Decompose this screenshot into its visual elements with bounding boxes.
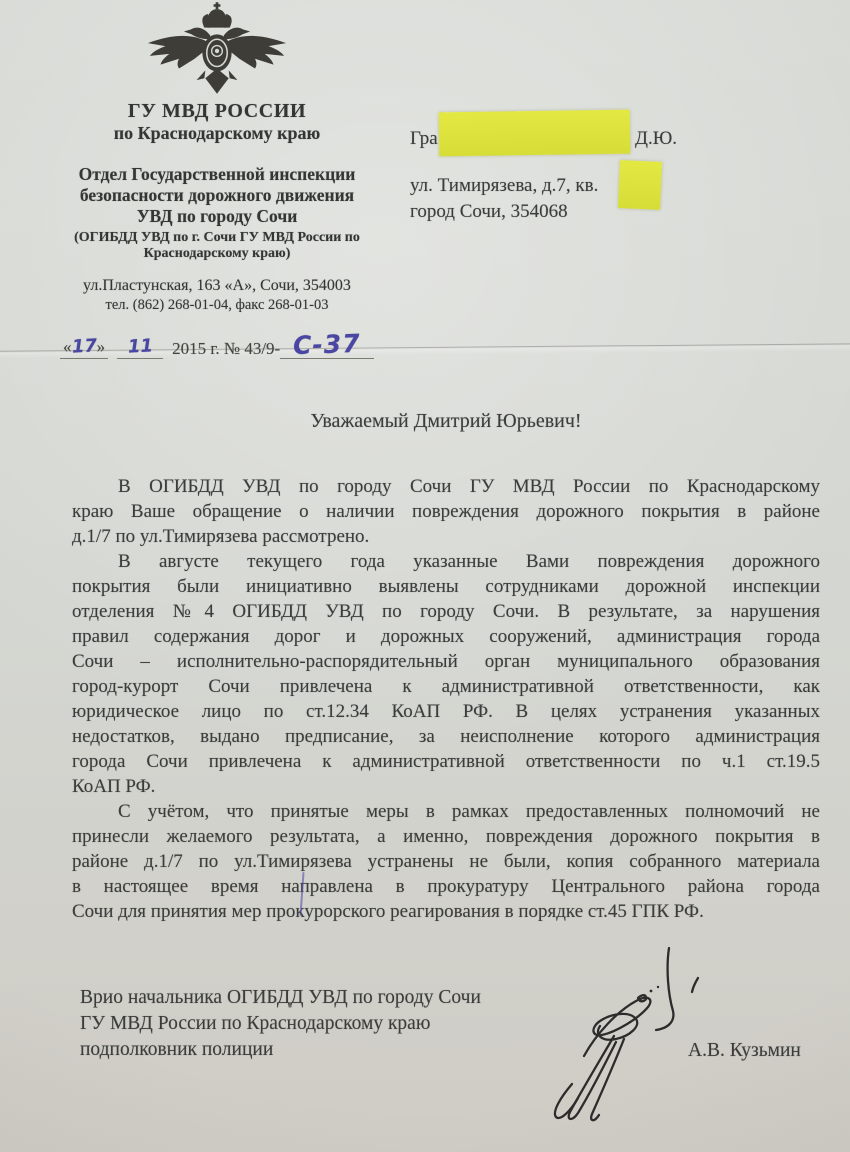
org-street-address: ул.Пластунская, 163 «А», Сочи, 354003 [52,277,382,295]
dept-line: Отдел Государственной инспекции [52,164,382,185]
body-line: правил содержания дорог и дорожных соору… [72,624,820,649]
body-line: С учётом, что принятые меры в рамках пре… [72,799,820,824]
letter-body: В ОГИБДД УВД по городу Сочи ГУ МВД Росси… [72,474,820,924]
redaction-sticker-apartment [618,160,662,210]
dept-line: безопасности дорожного движения [52,185,382,206]
redaction-sticker-name [439,110,631,157]
dept-line: УВД по городу Сочи [52,206,382,227]
body-line: Сочи – исполнительно-распорядительный ор… [72,649,820,674]
body-line: краю Ваше обращение о наличии повреждени… [72,499,820,524]
signoff-title-line: Врио начальника ОГИБДД УВД по городу Соч… [80,985,481,1011]
quote-close: » [97,337,106,356]
recipient-city-line: город Сочи, 354068 [410,201,568,223]
handwritten-day: 17 [71,334,97,358]
recipient-address-line: ул. Тимирязева, д.7, кв. [410,175,598,197]
body-line: отделения №4 ОГИБДД УВД по городу Сочи. … [72,599,820,624]
body-line: в настоящее время направлена в прокурату… [72,874,820,899]
dept-paren-line: Краснодарскому краю) [52,246,382,262]
doc-number-field: С-37 [280,332,374,359]
body-line: районе д.1/7 по ул.Тимирязева устранены … [72,849,820,874]
salutation: Уважаемый Дмитрий Юрьевич! [70,410,822,433]
body-line: покрытия были инициативно выявлены сотру… [72,574,820,599]
body-line: КоАП РФ. [72,774,820,799]
org-phone-fax: тел. (862) 268-01-04, факс 268-01-03 [52,297,382,314]
date-day-field: «17» [60,335,108,359]
signoff-title-block: Врио начальника ОГИБДД УВД по городу Соч… [80,985,481,1063]
reference-line: «17»112015 г. № 43/9-С-37 [60,332,374,359]
signoff-title-line: ГУ МВД России по Краснодарскому краю [80,1011,481,1037]
handwritten-signature [542,936,722,1141]
dept-paren-line: (ОГИБДД УВД по г. Сочи ГУ МВД России по [52,230,382,246]
body-line: юридическое лицо по ст.12.34 КоАП РФ. В … [72,699,820,724]
quote-open: « [63,337,72,356]
signoff-title-line: подполковник полиции [80,1037,481,1063]
handwritten-month: 11 [127,334,153,358]
body-line: д.1/7 по ул.Тимирязева рассмотрено. [72,524,820,549]
mvd-eagle-emblem-icon [144,2,290,96]
recipient-initials: Д.Ю. [635,128,677,150]
body-line: город-курорт Сочи привлечена к администр… [72,674,820,699]
handwritten-doc-number: С-37 [293,332,361,357]
body-line: Сочи для принятия мер прокурорского реаг… [72,899,820,924]
recipient-name-prefix: Гра [410,128,438,150]
reference-printed-text: 2015 г. № 43/9- [172,339,280,358]
body-line: города Сочи привлечена к административно… [72,749,820,774]
date-month-field: 11 [117,335,163,359]
letterhead: ГУ МВД РОССИИ по Краснодарскому краю Отд… [52,2,382,314]
body-line: В ОГИБДД УВД по городу Сочи ГУ МВД Росси… [72,474,820,499]
letter-photo: ГУ МВД РОССИИ по Краснодарскому краю Отд… [0,0,850,1152]
body-line: недостатков, выдано предписание, за неис… [72,724,820,749]
body-line: принесли желаемого результата, а именно,… [72,824,820,849]
org-name-line1: ГУ МВД РОССИИ [52,100,382,123]
org-name-line2: по Краснодарскому краю [52,123,382,144]
body-line: В августе текущего года указанные Вами п… [72,549,820,574]
